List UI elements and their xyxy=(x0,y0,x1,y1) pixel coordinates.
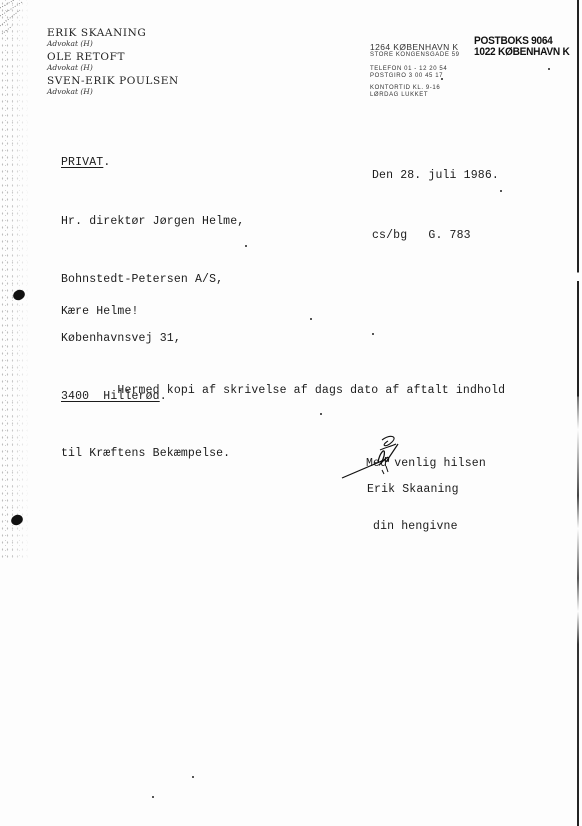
corner-scribble-mark xyxy=(0,0,40,60)
postbox-city: 1022 KØBENHAVN K xyxy=(474,47,570,58)
scan-speck xyxy=(245,245,247,247)
scan-speck xyxy=(500,190,502,192)
body-line: Hermed kopi af skrivelse af dags dato af… xyxy=(61,380,505,401)
scan-speck xyxy=(310,318,312,320)
partner-name: OLE RETOFT xyxy=(47,51,179,63)
scan-speck xyxy=(441,78,443,80)
signer-name: Erik Skaaning xyxy=(367,483,459,496)
partner-entry: OLE RETOFT Advokat (H) xyxy=(47,51,179,72)
letterhead-postbox: POSTBOKS 9064 1022 KØBENHAVN K xyxy=(474,36,570,58)
partner-name: SVEN-ERIK POULSEN xyxy=(47,75,179,87)
closing-line: din hengivne xyxy=(366,516,486,537)
partner-title: Advokat (H) xyxy=(47,63,179,72)
scan-speck xyxy=(320,413,322,415)
letter-date: Den 28. juli 1986. xyxy=(372,166,499,186)
private-label: PRIVAT xyxy=(61,156,103,169)
address-office-hours: KONTORTID KL. 9-16 xyxy=(370,85,460,93)
partner-title: Advokat (H) xyxy=(47,39,179,48)
scan-speck xyxy=(192,776,194,778)
partner-title: Advokat (H) xyxy=(47,87,179,96)
letter-page: ERIK SKAANING Advokat (H) OLE RETOFT Adv… xyxy=(0,0,582,826)
salutation: Kære Helme! xyxy=(61,305,139,318)
letterhead-address: 1264 KØBENHAVN K STORE KONGENSGADE 59 TE… xyxy=(370,43,460,100)
scan-speck xyxy=(548,68,550,70)
address-street: STORE KONGENSGADE 59 xyxy=(370,52,460,60)
recipient-line: Hr. direktør Jørgen Helme, xyxy=(61,212,244,232)
scan-edge-noise xyxy=(0,0,30,560)
scan-speck xyxy=(152,796,154,798)
partner-name: ERIK SKAANING xyxy=(47,27,179,39)
scan-speck xyxy=(372,333,374,335)
letterhead-partners: ERIK SKAANING Advokat (H) OLE RETOFT Adv… xyxy=(47,27,179,99)
handwritten-signature-icon xyxy=(340,432,420,482)
address-city: 1264 KØBENHAVN K xyxy=(370,43,460,52)
partner-entry: ERIK SKAANING Advokat (H) xyxy=(47,27,179,48)
address-postgiro: POSTGIRO 3 00 45 17 xyxy=(370,73,460,81)
letter-reference: cs/bg G. 783 xyxy=(372,226,499,246)
private-marking: PRIVAT. xyxy=(61,153,244,173)
address-saturday: LØRDAG LUKKET xyxy=(370,92,460,100)
partner-entry: SVEN-ERIK POULSEN Advokat (H) xyxy=(47,75,179,96)
address-telephone: TELEFON 01 - 12 20 54 xyxy=(370,66,460,74)
page-edge-line xyxy=(577,0,579,826)
date-reference-block: Den 28. juli 1986. cs/bg G. 783 xyxy=(372,126,499,286)
recipient-line: Bohnstedt-Petersen A/S, xyxy=(61,270,244,290)
